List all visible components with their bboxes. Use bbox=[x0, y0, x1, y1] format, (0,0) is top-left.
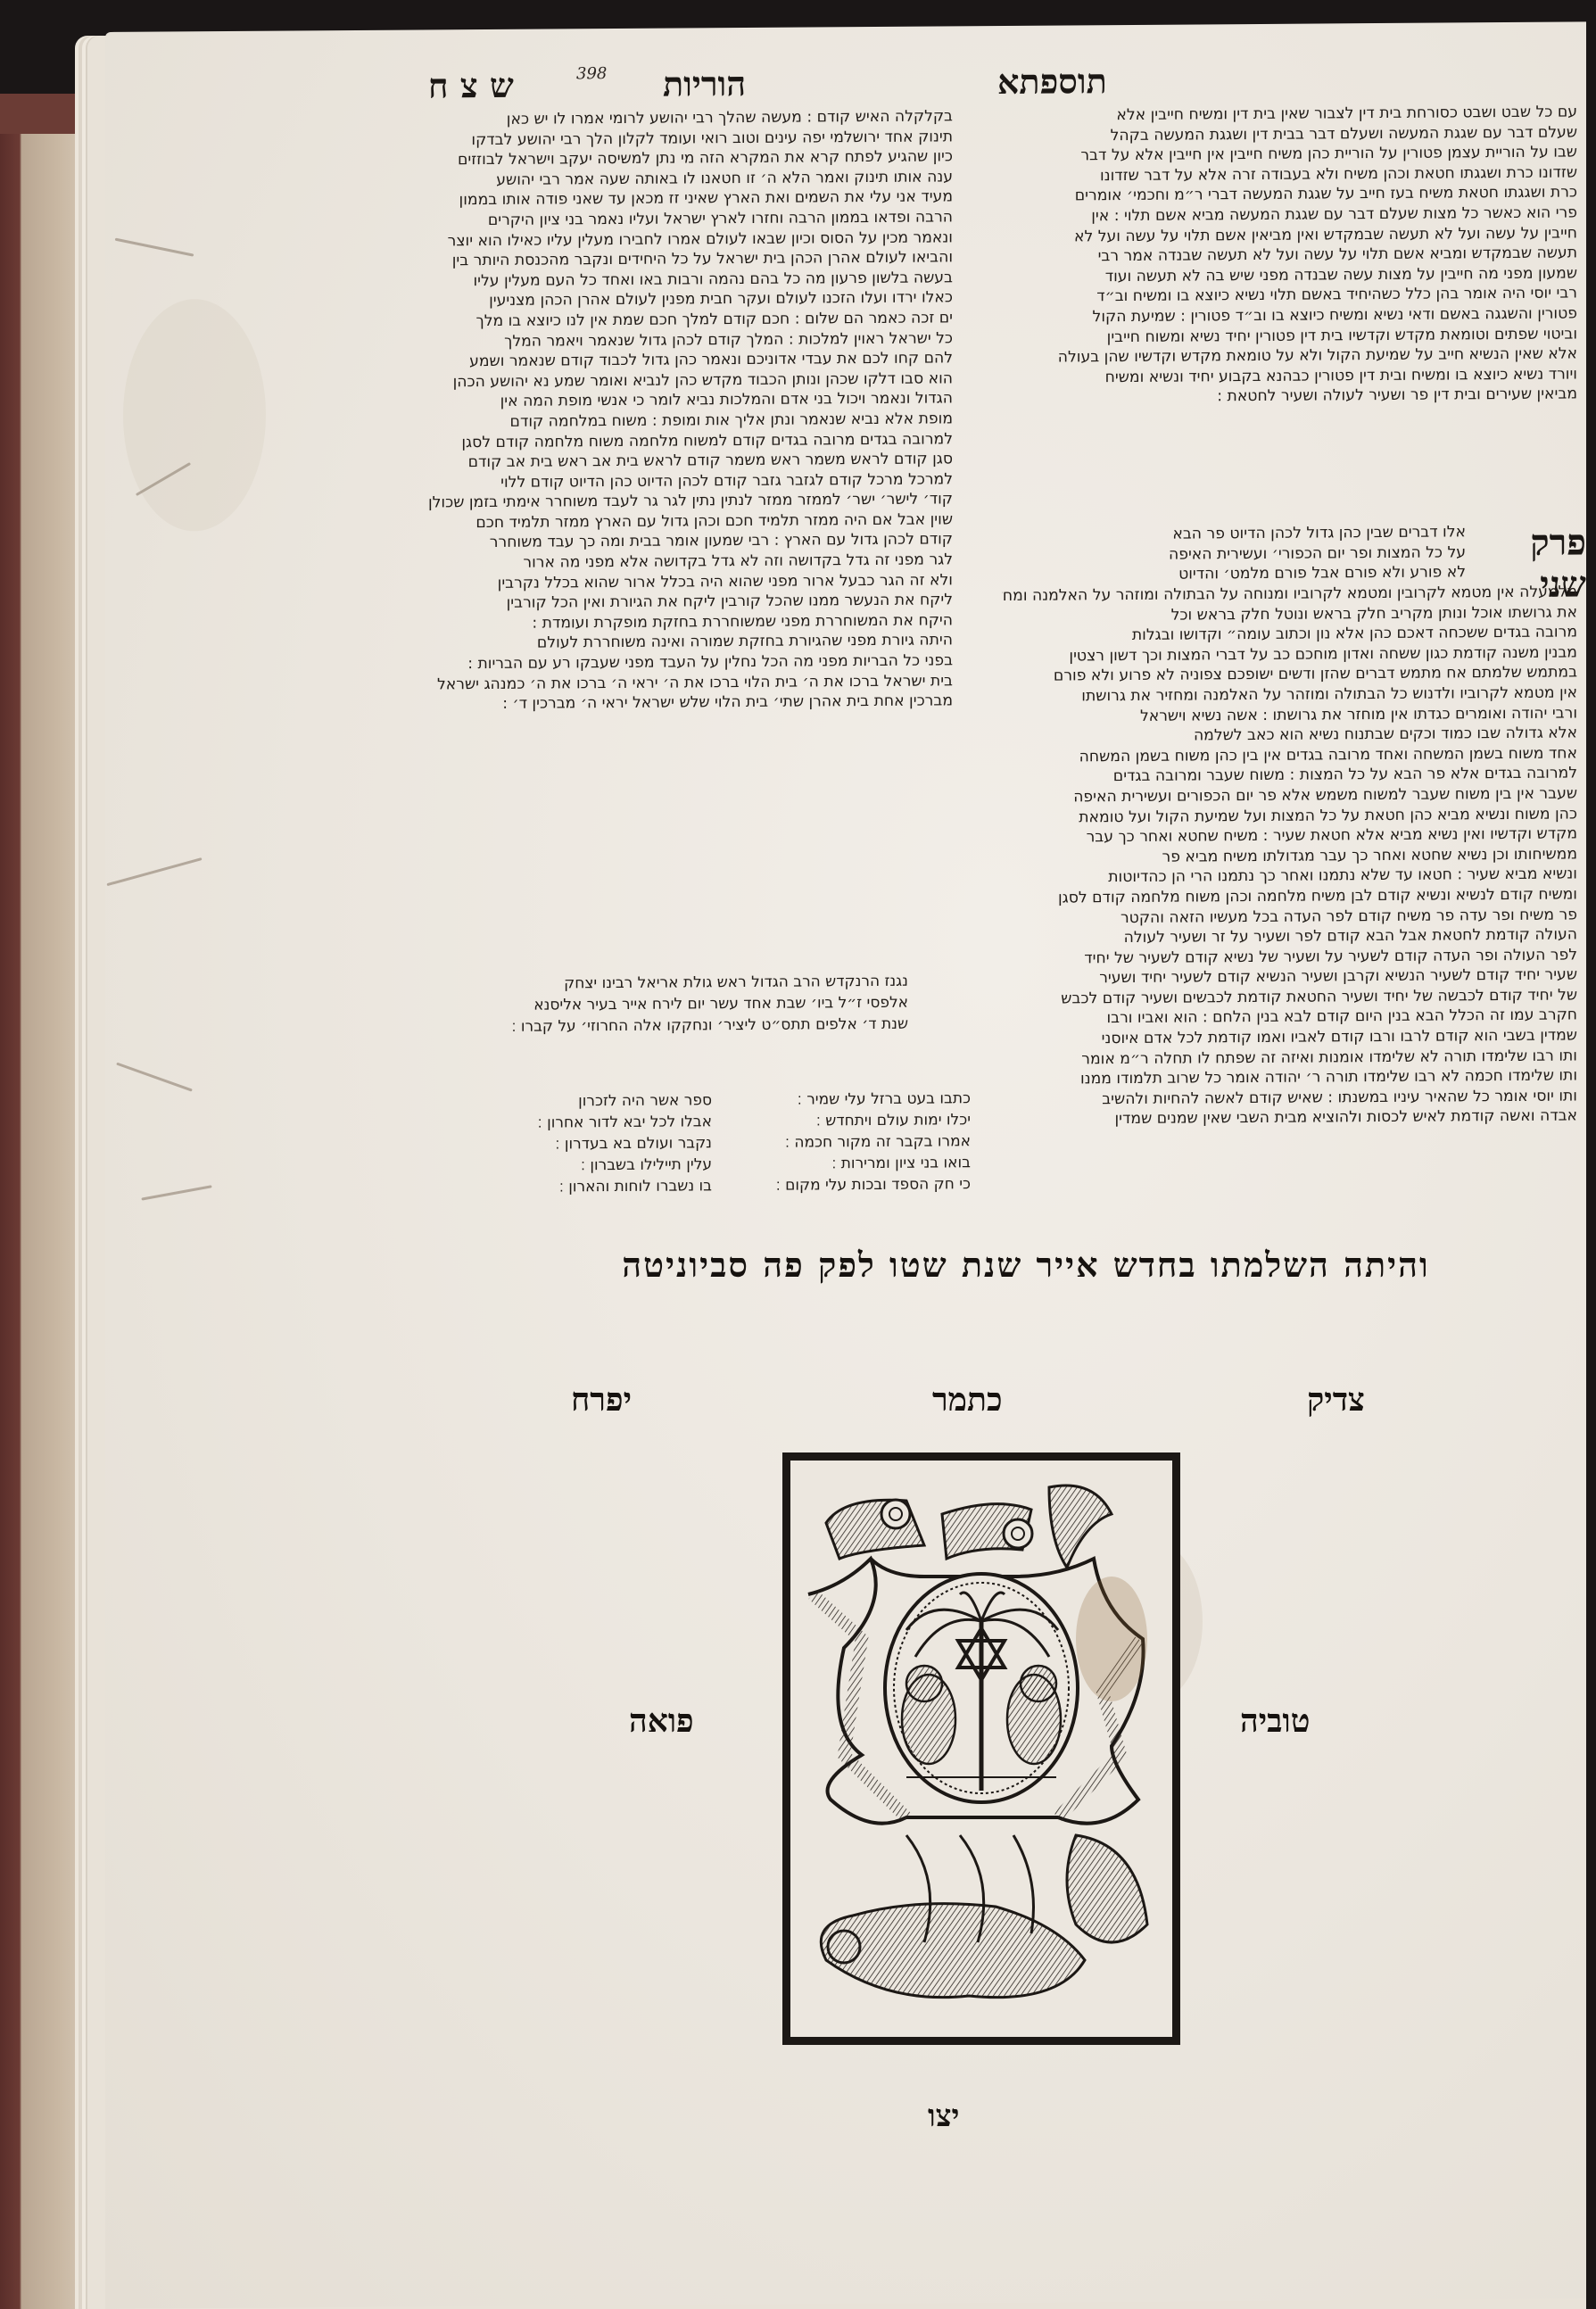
printer-name-tuvia: טוביה bbox=[1240, 1702, 1310, 1740]
palm-lions-star-device-icon bbox=[790, 1461, 1172, 2037]
arabic-page-number: 398 bbox=[576, 64, 607, 83]
text-line: מביאין שעירים ובית דין פר ושעיר לעולה וש… bbox=[1002, 385, 1577, 409]
text-line: לא פורע ולא פורם אבל פורם מלמט׳ והדיוט bbox=[1002, 563, 1466, 586]
verse-line: כי חק הספד ובכות עלי מקום ׃ bbox=[748, 1173, 971, 1196]
worm-trail bbox=[116, 1063, 193, 1092]
running-head-tosefta: תוספתא bbox=[997, 61, 1107, 103]
verse-line: כתבו בעט ברזל עלי שמיר ׃ bbox=[748, 1088, 971, 1111]
verse-line: עלין תיילילו בשברון ׃ bbox=[489, 1154, 712, 1177]
text-line: אבדה ואשה קודמת לאיש לכסות ולהוציא מבית … bbox=[1002, 1106, 1577, 1130]
text-line: אלפסי ז״ל ביו׳ שבת אחד עשר יום לירח אייר… bbox=[498, 992, 908, 1016]
book-binding bbox=[0, 134, 98, 2309]
right-text-column: עם כל שבט ושבט כסורחת בית דין לצבור שאין… bbox=[1002, 102, 1577, 408]
verse-line: נקבר ועולם בא בעדרון ׃ bbox=[489, 1132, 712, 1155]
epitaph-intro: נגנז הרנקדש הרב הגדול ראש גולת אריאל רבי… bbox=[498, 971, 908, 1038]
text-line: אלו דברים שבין כהן גדול לכהן הדיוט פר הב… bbox=[1002, 522, 1466, 545]
device-verse-yifrach: יפרח bbox=[571, 1381, 632, 1419]
colophon: והיתה השלמתו בחדש אייר שנת שטו לפק פה סב… bbox=[464, 1245, 1588, 1286]
printer-name-foa: פואה bbox=[629, 1702, 694, 1740]
foxing-stain bbox=[123, 299, 266, 532]
verse-line: בו נשברו לוחות והארון ׃ bbox=[489, 1175, 712, 1198]
verse-line: אבלו לכל יבא לדור אחרון ׃ bbox=[489, 1111, 712, 1134]
verse-line: בואו בני ציון ומרירות ׃ bbox=[748, 1152, 971, 1175]
text-line: מברכין אחת בית אהרן שתי׳ בית הלוי שלש יש… bbox=[373, 691, 953, 716]
verse-line: אמרו בקבר זה מקור חכמה ׃ bbox=[748, 1130, 971, 1154]
chapter-opening-lines: אלו דברים שבין כהן גדול לכהן הדיוט פר הב… bbox=[1002, 522, 1466, 585]
epitaph-left-stanza: ספר אשר היה לזכרון אבלו לכל יבא לדור אחר… bbox=[489, 1089, 712, 1198]
left-text-column: בקלקלה האיש קודם : מעשה שהלך רבי יהושע ל… bbox=[373, 106, 953, 715]
worm-trail bbox=[106, 857, 202, 886]
folio-signature: יצו bbox=[928, 2098, 959, 2134]
hebrew-page-number: ש צ ח bbox=[428, 65, 514, 107]
worm-trail bbox=[115, 238, 194, 257]
device-verse-tzaddik: צדיק bbox=[1307, 1381, 1365, 1419]
worm-trail bbox=[141, 1185, 211, 1200]
epitaph-right-stanza: כתבו בעט ברזל עלי שמיר ׃ יכלו ימות עולם … bbox=[748, 1088, 971, 1196]
verse-line: ספר אשר היה לזכרון bbox=[489, 1089, 712, 1113]
verse-line: יכלו ימות עולם ויתחדש ׃ bbox=[748, 1109, 971, 1132]
printer-device-woodcut bbox=[782, 1452, 1180, 2045]
text-line: שנת ד׳ אלפים תתס״ט ליציר׳ ונחקקו אלה החר… bbox=[498, 1014, 908, 1038]
chapter-body: מלמעלה אין מטמא לקרובין ומטמא לקרוביו ומ… bbox=[1002, 582, 1577, 1130]
device-verse-katamar: כתמר bbox=[932, 1381, 1003, 1419]
text-line: נגנז הרנקדש הרב הגדול ראש גולת אריאל רבי… bbox=[498, 971, 908, 995]
running-head-horayot: הוריות bbox=[663, 63, 746, 105]
